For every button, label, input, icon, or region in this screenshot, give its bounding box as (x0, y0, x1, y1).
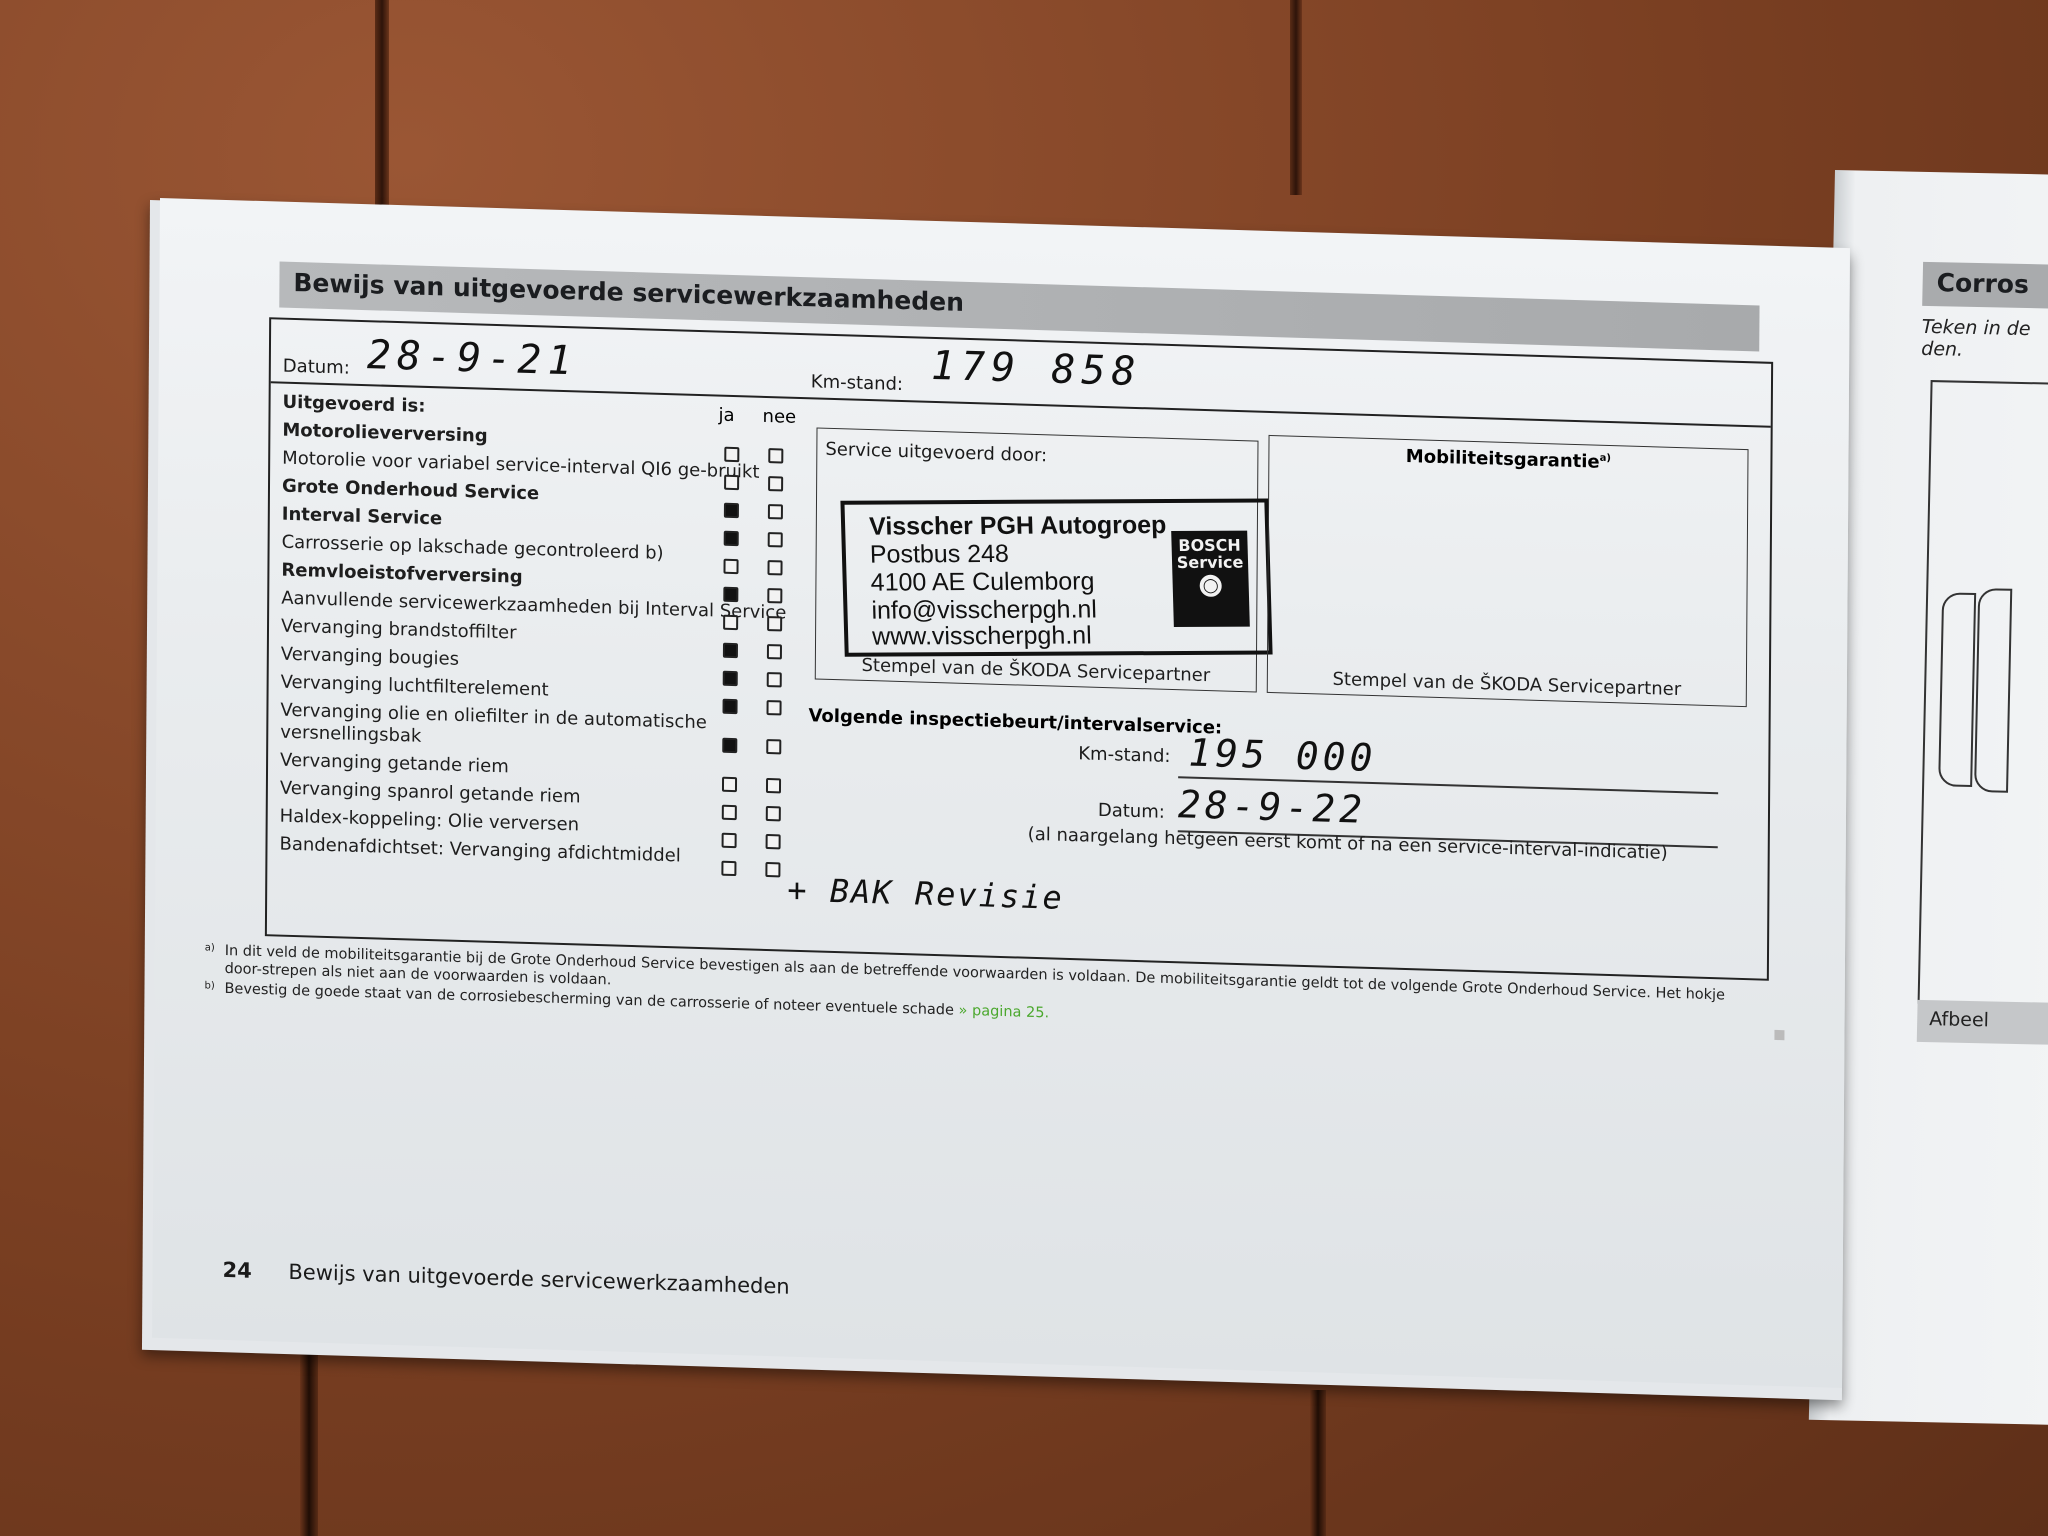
next-service-heading: Volgende inspectiebeurt/intervalservice: (808, 705, 1222, 738)
end-of-section-marker (1774, 1030, 1784, 1040)
page-footer: 24 Bewijs van uitgevoerde servicewerkzaa… (222, 1258, 789, 1299)
page-number: 24 (222, 1258, 251, 1283)
next-km-value[interactable]: 195 000 (1188, 731, 1376, 781)
checkbox-no[interactable] (767, 644, 782, 659)
checkbox-yes[interactable] (724, 475, 739, 490)
bosch-service-badge: BOSCH Service ◯ (1171, 531, 1250, 627)
checkbox-no[interactable] (768, 504, 783, 519)
figure-caption: Afbeel (1917, 1000, 2048, 1046)
col-no-header: nee (763, 406, 797, 428)
checkbox-no[interactable] (767, 560, 782, 575)
right-page-text: Teken in de (1922, 316, 2031, 340)
mobility-title-text: Mobiliteitsgarantie (1406, 446, 1600, 473)
checkbox-no[interactable] (766, 834, 781, 849)
running-title: Bewijs van uitgevoerde servicewerkzaamhe… (288, 1260, 789, 1299)
checkbox-yes[interactable] (723, 699, 738, 714)
checkbox-yes[interactable] (722, 833, 737, 848)
seat-seam (375, 0, 389, 210)
checkbox-yes[interactable] (721, 861, 736, 876)
checkbox-no[interactable] (766, 778, 781, 793)
badge-line1: BOSCH (1171, 537, 1247, 554)
checkbox-yes[interactable] (724, 503, 739, 518)
stamp-caption: Stempel van de ŠKODA Servicepartner (1268, 667, 1746, 702)
seat-seam (1310, 1390, 1326, 1536)
checkbox-no[interactable] (768, 448, 783, 463)
mobility-guarantee-box: Mobiliteitsgarantiea) Stempel van de ŠKO… (1267, 435, 1749, 707)
service-performed-box: Service uitgevoerd door: Visscher PGH Au… (815, 427, 1259, 692)
col-yes-header: ja (719, 405, 735, 426)
checkbox-no[interactable] (767, 616, 782, 631)
car-outline-icon (1974, 588, 2012, 793)
checklist: Uitgevoerd is: MotorolieverversingMotoro… (279, 392, 822, 878)
car-outline-icon (1938, 592, 1976, 787)
figure-caption-text: Afbeel (1917, 1000, 2048, 1042)
footnote-marker: b) (204, 977, 214, 995)
km-value[interactable]: 179 858 (931, 343, 1142, 395)
checkbox-yes[interactable] (724, 447, 739, 462)
checkbox-no[interactable] (767, 672, 782, 687)
stamp-caption: Stempel van de ŠKODA Servicepartner (816, 653, 1256, 687)
checkbox-no[interactable] (766, 739, 781, 754)
checkbox-yes[interactable] (722, 805, 737, 820)
checkbox-yes[interactable] (723, 587, 738, 602)
mobility-title: Mobiliteitsgarantiea) (1269, 442, 1747, 477)
km-label: Km-stand: (811, 371, 903, 395)
checkbox-yes[interactable] (723, 671, 738, 686)
right-page-title: Corros (1922, 262, 2048, 307)
date-label: Datum: (283, 356, 350, 379)
right-page-intro: Teken in de den. (1921, 316, 2031, 362)
footnote-ref: a) (1600, 453, 1611, 464)
handwritten-note[interactable]: + BAK Revisie (787, 871, 1064, 917)
checkbox-yes[interactable] (722, 777, 737, 792)
footnote-marker: a) (205, 939, 215, 957)
page-reference-link[interactable]: » pagina 25. (959, 1003, 1050, 1022)
checkbox-no[interactable] (768, 532, 783, 547)
next-service-section: Volgende inspectiebeurt/intervalservice:… (809, 705, 1749, 733)
checkbox-no[interactable] (765, 862, 780, 877)
checkbox-yes[interactable] (723, 559, 738, 574)
car-diagram-box (1918, 380, 2048, 1008)
date-value[interactable]: 28-9-21 (367, 332, 578, 384)
seat-seam (1290, 0, 1302, 195)
checkbox-yes[interactable] (722, 738, 737, 753)
dealer-address1: Postbus 248 (870, 540, 1010, 570)
badge-line2: Service (1172, 554, 1248, 571)
checklist-item: Vervanging olie en oliefilter in de auto… (280, 700, 820, 760)
right-page-title-bar: Corros (1922, 262, 2048, 310)
checkbox-no[interactable] (766, 700, 781, 715)
dealer-website: www.visscherpgh.nl (872, 621, 1092, 651)
next-date-value[interactable]: 28-9-22 (1178, 782, 1366, 832)
seat-seam (300, 1350, 318, 1536)
checkbox-yes[interactable] (723, 643, 738, 658)
checkbox-no[interactable] (766, 806, 781, 821)
checkbox-yes[interactable] (723, 615, 738, 630)
checkbox-no[interactable] (767, 588, 782, 603)
booklet-page: Bewijs van uitgevoerde servicewerkzaamhe… (152, 198, 1850, 1388)
next-km-label: Km-stand: (1078, 743, 1170, 767)
dealer-name: Visscher PGH Autogroep (869, 511, 1167, 542)
checkbox-yes[interactable] (724, 531, 739, 546)
dealer-address2: 4100 AE Culemborg (870, 567, 1094, 597)
dealer-stamp: Visscher PGH Autogroep Postbus 248 4100 … (840, 498, 1272, 656)
service-by-label: Service uitgevoerd door: (825, 439, 1047, 467)
service-record-form: Datum: 28-9-21 Km-stand: 179 858 Uitgevo… (265, 317, 1773, 981)
next-date-label: Datum: (1098, 800, 1165, 823)
right-page-text: den. (1921, 338, 2030, 362)
checkbox-no[interactable] (768, 476, 783, 491)
bosch-logo-icon: ◯ (1199, 575, 1222, 597)
